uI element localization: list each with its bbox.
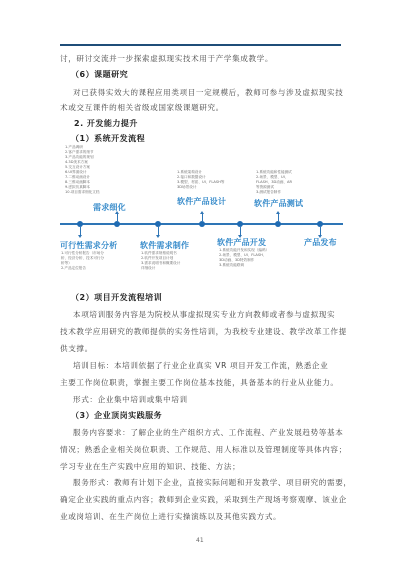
paragraph-line: 服务内容要求：了解企业的生产组织方式、工作流程、产业发展趋势等基本 (73, 427, 343, 438)
stage-items-product-design: 1.系统架构设计 2.接口和数据设计 3.模型、材质、UI、FLASH等 3D场… (177, 170, 224, 190)
stage-label-product-development: 软件产品开发 (217, 237, 266, 248)
stage-label-requirement-refine: 需求细化 (93, 202, 126, 213)
paragraph-line: 术或交互课件的相关省级或国家级课题研究。 (60, 102, 224, 113)
stage-item: 10.项目需求细化文档 (65, 190, 99, 195)
arrow-down-icon (158, 227, 159, 236)
paragraph-line: 业或岗培训、在生产岗位上进行实操演练以及其他实践方式。 (60, 511, 281, 522)
paragraph-line: 学习专业在生产实践中应用的知识、技能、方法； (60, 461, 240, 472)
arrow-up-icon (117, 213, 118, 221)
stage-label-requirement-spec: 软件需求制作 (140, 240, 189, 251)
paragraph-line: 技术教学应用研究的教师提供的实务性培训，为我校专业建设、教学改革工作提 (60, 326, 347, 337)
stage-items-requirement-spec: 1.软件需求规格说明书 2.软件开发项目计划 3.需求说明书和概要设计 详细设计 (141, 251, 180, 271)
stage-items-product-test: 1.系统功能和性能测试 2.场景、模型、UI、 FLASH、3D动画、AR 等资… (256, 170, 292, 195)
timeline-node (275, 221, 281, 227)
section-heading-course-research: （6）课题研究 (71, 69, 128, 80)
paragraph-line: 培训目标：本培训依据了行业企业真实 VR 项目开发工作流，熟悉企业 (73, 360, 328, 371)
paragraph-line: 供支撑。 (60, 343, 93, 354)
paragraph-line: 主要工作岗位职责，掌握主要工作岗位基本技能，具备基本的行业从业能力。 (60, 377, 339, 388)
arrow-down-icon (320, 227, 321, 236)
stage-item: 3.系统功能联调 (219, 263, 269, 268)
paragraph-line: 情况；熟悉企业相关岗位职责、工作规范、用人标准以及管理制度等具体内容； (60, 444, 347, 455)
timeline-node (114, 221, 120, 227)
paragraph-line: 形式：企业集中培训或集中培训 (73, 394, 188, 405)
arrow-down-icon (80, 227, 81, 236)
page-number: 41 (196, 537, 204, 544)
stage-items-requirement-refine: 1.产品调研 2.客户需求的细节 3.产品功能的规划 4.3D美术方案 5.交互… (65, 145, 99, 195)
stage-item: 3D场景设计 (177, 185, 224, 190)
stage-item: 2.产品定位报告 (61, 266, 104, 271)
stage-item: 3.测试报告制作 (256, 190, 292, 195)
stage-items-product-development: 1.系统功能开发和实现（编码） 2.场景、模型、UI、FLASH、 3D动画、3… (219, 248, 269, 268)
header-rule (60, 44, 341, 46)
timeline-node (199, 221, 205, 227)
section-heading-dev-ability: 2. 开发能力提升 (74, 118, 138, 129)
subsection-heading-project-training: （2）项目开发流程培训 (71, 292, 162, 303)
stage-label-feasibility-analysis: 可行性需求分析 (60, 240, 117, 251)
stage-label-product-release: 产品发布 (304, 237, 337, 248)
arrow-up-icon (202, 213, 203, 221)
subsection-heading-enterprise-practice: （3）企业顶岗实践服务 (71, 410, 162, 421)
development-process-diagram: 1.产品调研 2.客户需求的细节 3.产品功能的规划 4.3D美术方案 5.交互… (55, 140, 345, 260)
stage-label-product-design: 软件产品设计 (177, 196, 226, 207)
stage-items-feasibility-analysis: 1.可行性分析报告（市场分 析、经济分析、技术可行分 析等） 2.产品定位报告 (61, 251, 104, 271)
paragraph-line: 确定企业实践的重点内容；教师到企业实践，采取到生产现场考察观摩、该业企 (60, 494, 347, 505)
paragraph-line: 对已获得实效大的课程应用类项目一定规模后，教师可参与涉及虚拟现实技 (73, 87, 343, 98)
stage-label-product-test: 软件产品测试 (254, 198, 303, 209)
paragraph-line: 服务形式：教师有计划下企业，直接实际问题和开发教学、项目研究的需要， (73, 477, 352, 488)
stage-item: 详细设计 (141, 266, 180, 271)
paragraph-line: 本项培训服务内容是为院校从事虚拟现实专业方向教师或者参与虚拟现实 (73, 309, 335, 320)
arrow-down-icon (240, 227, 241, 236)
paragraph-line: 讨，研讨交流并一步探索虚拟现实技术用于产学集成教学。 (60, 53, 273, 64)
arrow-up-icon (278, 213, 279, 221)
